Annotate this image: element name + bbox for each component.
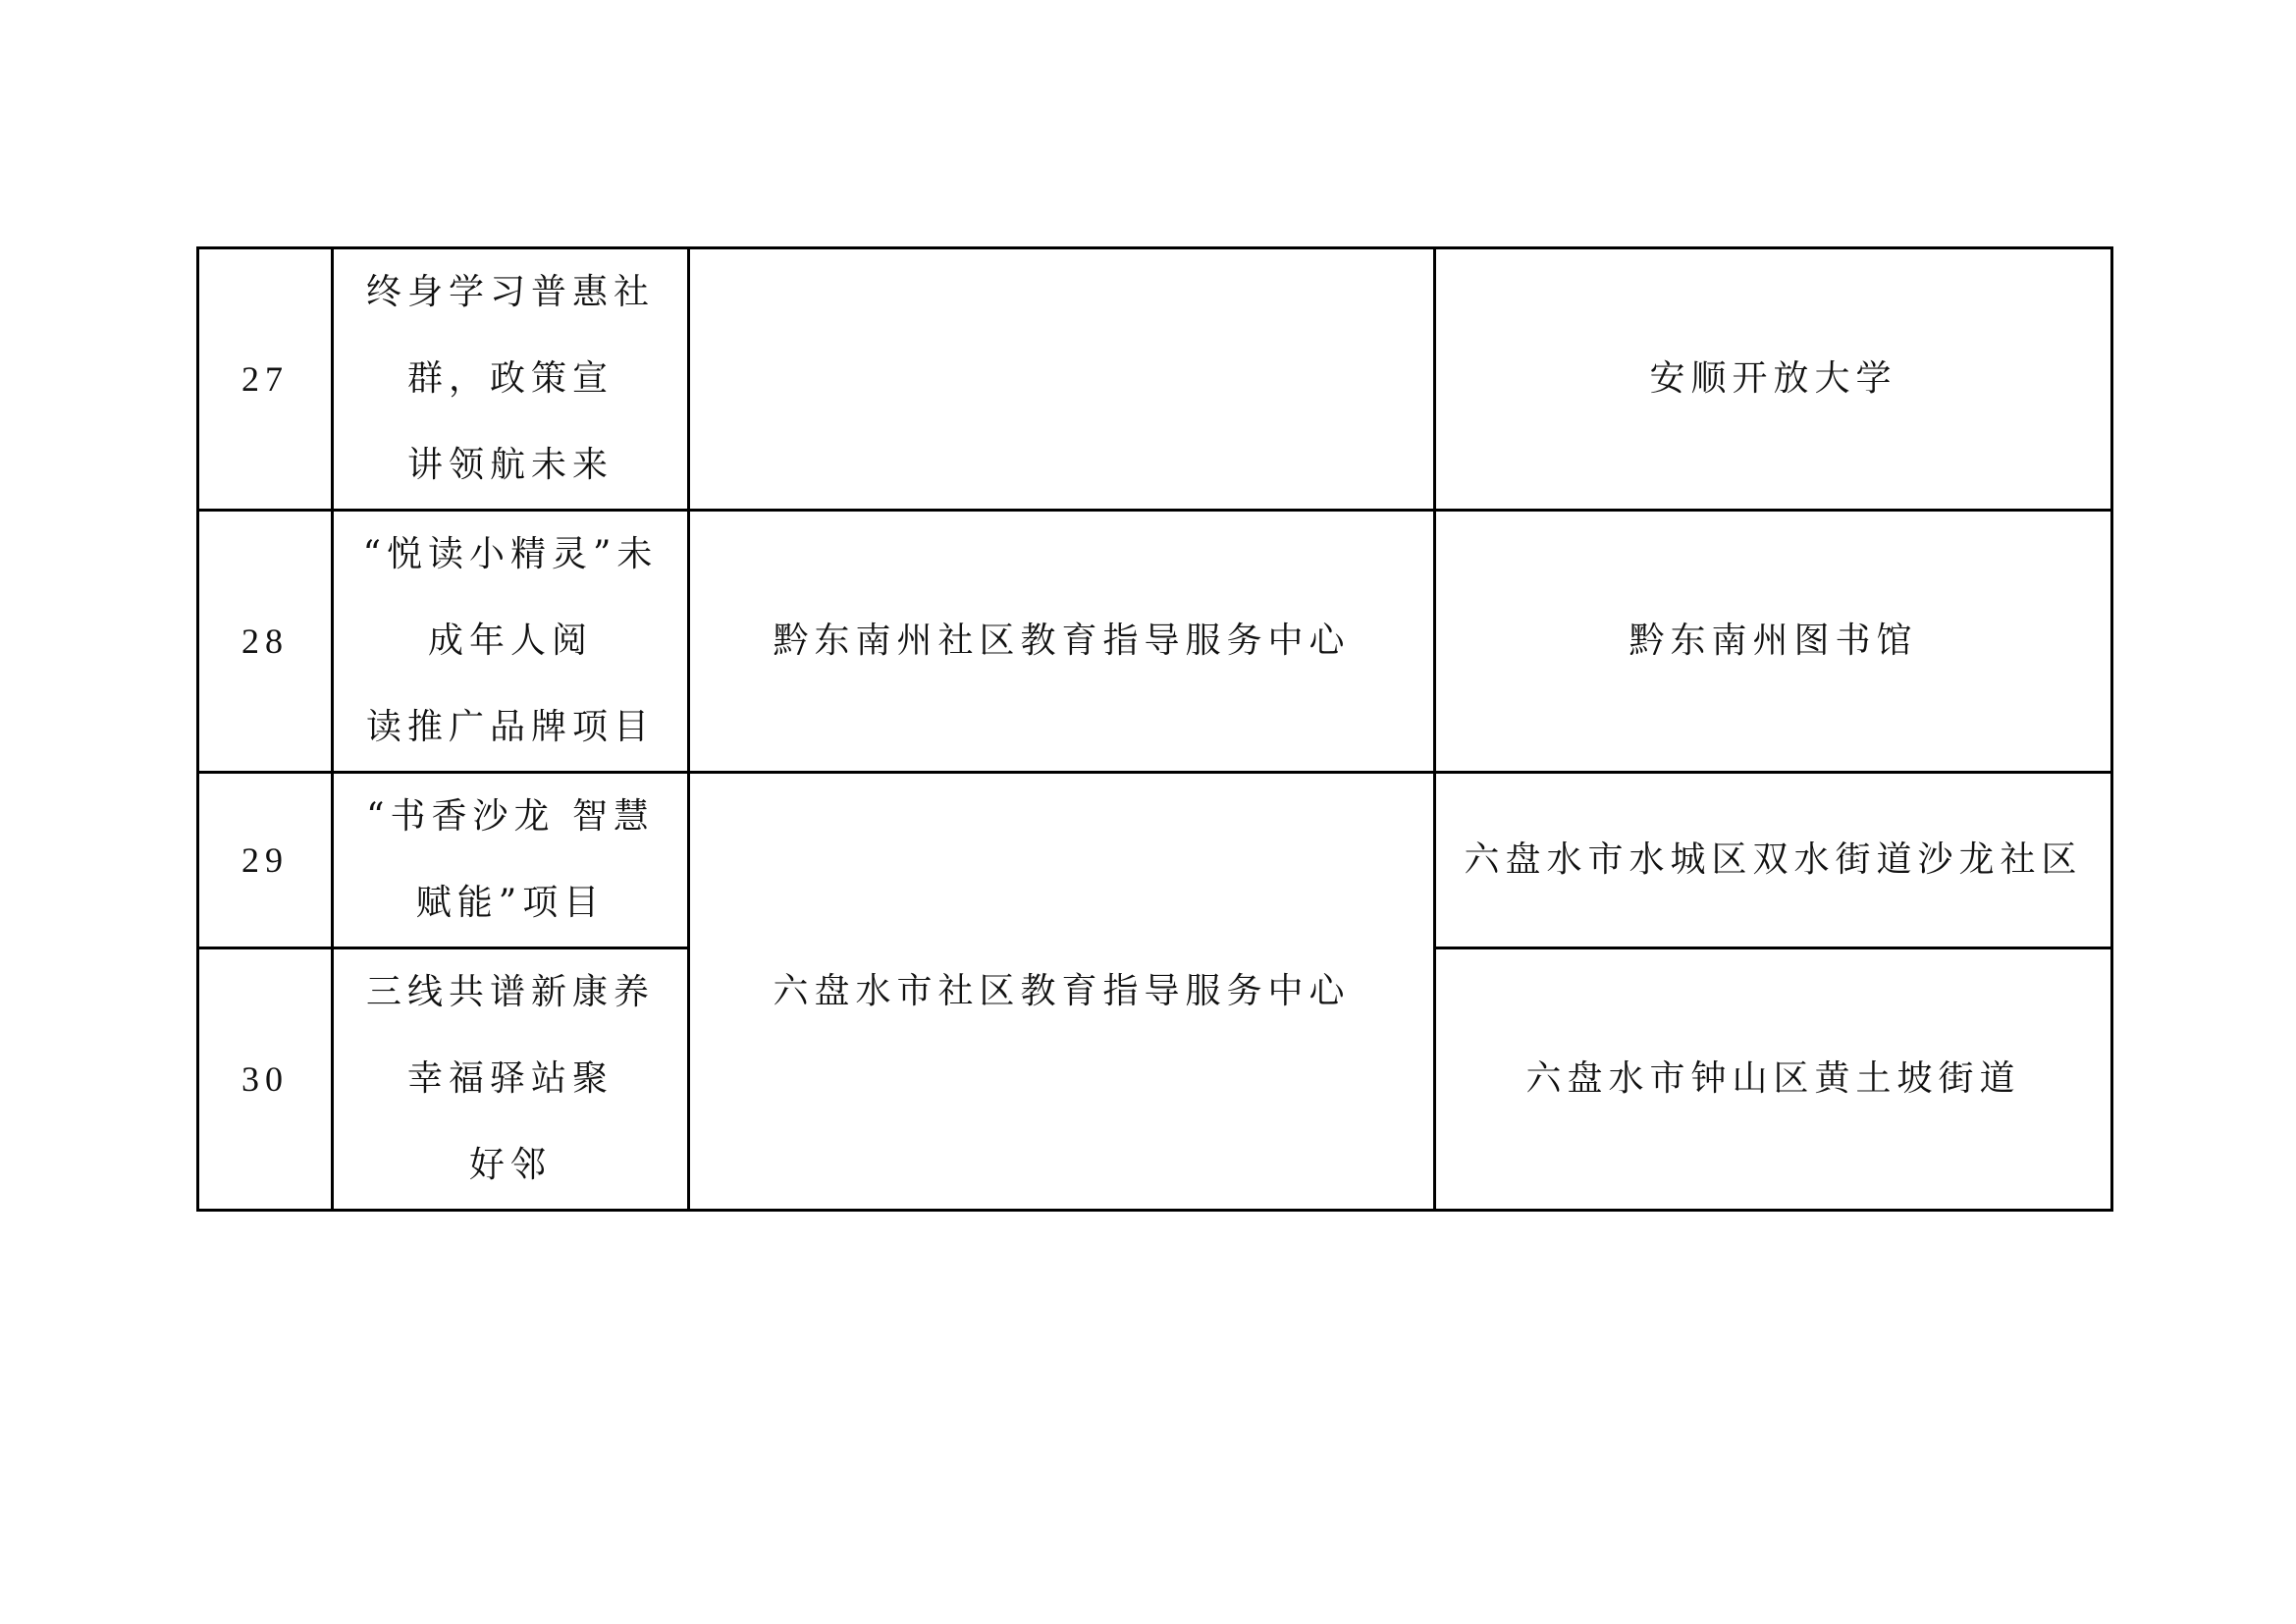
host-unit: 黔东南州图书馆 xyxy=(1435,511,2112,773)
guidance-center: 六盘水市社区教育指导服务中心 xyxy=(689,773,1435,1211)
table-row: 29 “书香沙龙 智慧赋能”项目 六盘水市社区教育指导服务中心 六盘水市水城区双… xyxy=(198,773,2112,948)
project-name-line: “书香沙龙 智慧赋能”项目 xyxy=(353,774,667,947)
table-row: 28 “悦读小精灵”未成年人阅 读推广品牌项目 黔东南州社区教育指导服务中心 黔… xyxy=(198,511,2112,773)
project-name-line: 三线共谱新康养 幸福驿站聚 xyxy=(353,949,667,1122)
project-name: “悦读小精灵”未成年人阅 读推广品牌项目 xyxy=(333,511,689,773)
row-index: 29 xyxy=(198,773,333,948)
project-table: 27 终身学习普惠社群，政策宣 讲领航未来 安顺开放大学 28 “悦读小精灵”未… xyxy=(196,246,2113,1212)
project-name: 终身学习普惠社群，政策宣 讲领航未来 xyxy=(333,248,689,511)
row-index: 27 xyxy=(198,248,333,511)
host-unit: 安顺开放大学 xyxy=(1435,248,2112,511)
project-name-line: 讲领航未来 xyxy=(353,422,667,509)
project-name: 三线共谱新康养 幸福驿站聚 好邻 xyxy=(333,948,689,1211)
row-index: 30 xyxy=(198,948,333,1211)
row-index: 28 xyxy=(198,511,333,773)
project-name-line: 好邻 xyxy=(353,1122,667,1209)
table-row: 27 终身学习普惠社群，政策宣 讲领航未来 安顺开放大学 xyxy=(198,248,2112,511)
project-name-line: 读推广品牌项目 xyxy=(353,684,667,771)
project-name-line: 终身学习普惠社群，政策宣 xyxy=(353,249,667,422)
host-unit: 六盘水市水城区双水街道沙龙社区 xyxy=(1435,773,2112,948)
host-unit: 六盘水市钟山区黄土坡街道 xyxy=(1435,948,2112,1211)
project-name: “书香沙龙 智慧赋能”项目 xyxy=(333,773,689,948)
guidance-center xyxy=(689,248,1435,511)
document-page: 27 终身学习普惠社群，政策宣 讲领航未来 安顺开放大学 28 “悦读小精灵”未… xyxy=(0,0,2296,1624)
project-name-line: “悦读小精灵”未成年人阅 xyxy=(353,512,667,684)
guidance-center: 黔东南州社区教育指导服务中心 xyxy=(689,511,1435,773)
